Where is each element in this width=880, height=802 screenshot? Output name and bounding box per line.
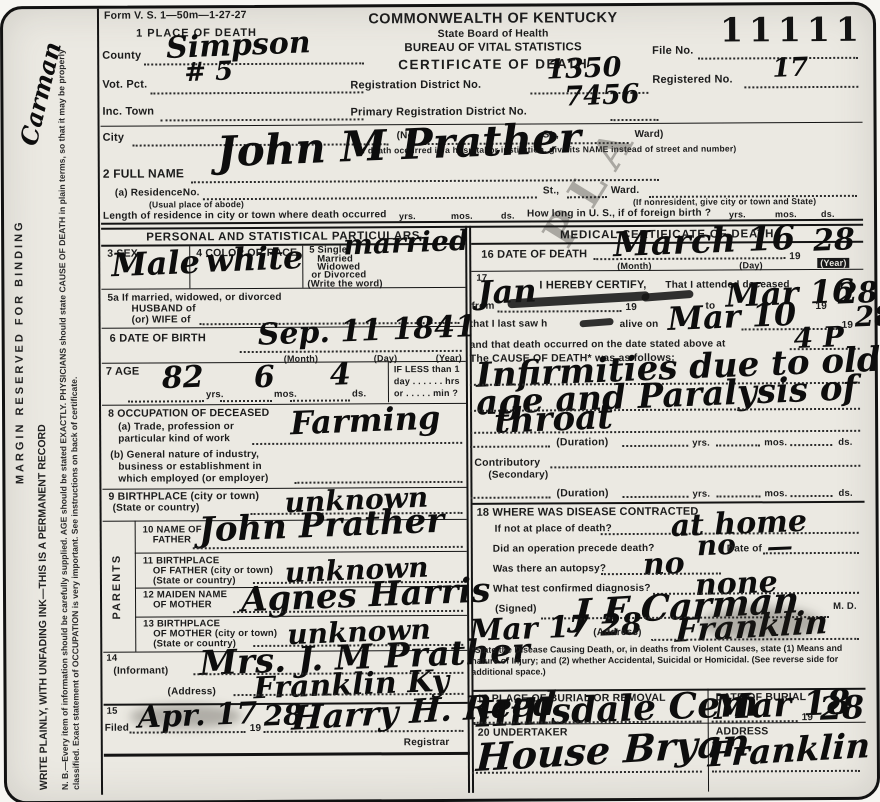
age-less-label-2: day . . . . . . hrs — [394, 376, 460, 386]
board-subtitle: State Board of Health — [328, 28, 658, 41]
husband-label-1: 5a If married, widowed, or divorced — [107, 292, 281, 304]
occupation-label: 8 OCCUPATION OF DECEASED — [108, 408, 269, 421]
filed-19-label: 19 — [250, 723, 262, 734]
father-name-label-2: FATHER — [153, 535, 192, 546]
age-less-label-1: IF LESS than 1 — [394, 364, 460, 374]
from-19-label: 19 — [625, 302, 637, 313]
footnote: *State the Disease Causing Death, or, in… — [471, 643, 863, 678]
duration2-mos-unit: mos. — [764, 489, 787, 500]
date-of-value: — — [766, 534, 793, 561]
file-no-label: File No. — [652, 45, 693, 58]
registered-no-label: Registered No. — [652, 73, 733, 86]
residence-label: (a) Residence. — [115, 187, 186, 199]
occupation-b-label-1: (b) General nature of industry, — [110, 449, 259, 461]
husband-label-3: (or) WIFE of — [132, 314, 191, 325]
age-months-value: 6 — [253, 363, 275, 394]
dotted-line — [790, 444, 832, 446]
commonwealth-title: COMMONWEALTH OF KENTUCKY — [328, 10, 658, 28]
duration-yrs-unit: yrs. — [692, 439, 710, 450]
residence-no-label: No. — [183, 187, 200, 198]
registered-no-value: 17 — [772, 54, 809, 81]
address-label: (Address) — [593, 627, 642, 638]
age-years-value: 82 — [161, 363, 204, 395]
dotted-line — [567, 196, 607, 198]
filed-label: Filed — [105, 723, 129, 734]
occupation-b-label-3: which employed (or employer) — [118, 473, 268, 485]
race-value: white — [205, 241, 304, 277]
dotted-line — [790, 495, 832, 497]
alive-on-label: alive on — [620, 319, 659, 330]
registrar-label: Registrar — [404, 737, 450, 748]
age-days-value: 4 — [329, 360, 351, 391]
residence-st-label: St., — [543, 185, 559, 196]
informant-address-label: (Address) — [167, 686, 216, 697]
mother-name-label-2: OF MOTHER — [153, 600, 212, 611]
husband-label-2: HUSBAND of — [131, 303, 195, 315]
county-label: County — [102, 50, 141, 63]
last-saw-year-value: 28 — [854, 302, 880, 332]
dotted-line — [622, 445, 688, 447]
age-ds-unit: ds. — [352, 389, 366, 400]
residence-note-right: (If nonresident, give city or town and S… — [633, 197, 816, 207]
date-of-death-label: 16 DATE OF DEATH — [481, 248, 587, 261]
residence-ward-label: Ward. — [611, 185, 639, 196]
primary-registration-value: 7456 — [564, 81, 640, 111]
dotted-line — [470, 445, 550, 447]
inc-town-label: Inc. Town — [102, 105, 154, 118]
margin-binding-note: MARGIN RESERVED FOR BINDING — [12, 14, 26, 484]
certificate-number-stamp: 11111 — [720, 10, 865, 50]
date-of-death-year-value: 28 — [813, 225, 856, 257]
secondary-label: (Secondary) — [488, 469, 548, 481]
last-saw-label: that I last saw h — [470, 318, 548, 330]
vot-pct-value: # 5 — [184, 58, 234, 86]
duration-ds-unit: ds. — [838, 438, 852, 449]
registration-district-label: Registration District No. — [350, 79, 481, 92]
filed-date-value: Apr. 17 — [137, 699, 258, 734]
dotted-line — [220, 400, 272, 402]
length-yrs2-label: yrs. — [729, 209, 746, 219]
burial-year-value: 28 — [819, 691, 865, 725]
autopsy-label: Was there an autopsy? — [493, 563, 606, 575]
md-label: M. D. — [833, 602, 857, 613]
duration2-ds-unit: ds. — [838, 489, 852, 500]
dotted-line — [716, 495, 760, 497]
parents-vertical-label: PARENTS — [111, 524, 124, 650]
length-yrs-label: yrs. — [399, 211, 416, 221]
duration-mos-unit: mos. — [764, 438, 787, 449]
dod-year-caption: (Year) — [817, 258, 849, 268]
informant-label: (Informant) — [113, 665, 168, 676]
father-name-value: John Prather — [198, 504, 445, 548]
contributory-label: Contributory — [474, 457, 540, 469]
age-label: 7 AGE — [106, 366, 140, 378]
scanned-death-certificate: MARGIN RESERVED FOR BINDING WRITE PLAINL… — [0, 0, 880, 802]
length-mos-label: mos. — [451, 211, 473, 221]
duration2-label: (Duration) — [556, 488, 608, 500]
to-19-label: 19 — [815, 301, 827, 312]
how-long-us-label: How long in U. S., if of foreign birth ? — [527, 208, 711, 220]
occupation-value: Farming — [290, 401, 441, 439]
age-less-label-3: or . . . . . min ? — [394, 388, 458, 398]
residence-note-left: (Usual place of abode) — [149, 200, 244, 210]
date-of-death-value: March 16 — [613, 221, 796, 262]
occupation-a-label-2: particular kind of work — [118, 433, 230, 445]
sex-value: Male — [111, 246, 201, 282]
operation-label: Did an operation precede death? — [493, 543, 655, 555]
dod-19-label: 19 — [789, 251, 801, 262]
disease-contracted-label: 18 WHERE WAS DISEASE CONTRACTED — [477, 506, 699, 519]
filed-number: 15 — [107, 707, 118, 718]
dob-value: Sep. 11 1841 — [257, 312, 476, 351]
date-of-label: Date of — [727, 543, 762, 554]
occupation-b-label-2: business or establishment in — [118, 461, 261, 473]
length-ds2-label: ds. — [821, 209, 835, 219]
occupation-a-label-1: (a) Trade, profession or — [118, 421, 234, 433]
informant-number: 14 — [106, 654, 117, 665]
city-label: City — [103, 132, 125, 144]
dob-label: 6 DATE OF BIRTH — [110, 332, 206, 345]
form-number: Form V. S. 1—50m—1-27-27 — [104, 10, 247, 22]
dotted-line — [128, 400, 204, 402]
autopsy-value: no — [642, 549, 685, 581]
length-ds-label: ds. — [501, 211, 515, 221]
dotted-line — [623, 496, 689, 498]
cell-divider — [388, 361, 389, 402]
marital-value: married — [343, 227, 469, 260]
birthplace-label-2: (State or country) — [113, 502, 200, 514]
duration-label: (Duration) — [556, 437, 608, 449]
certify-lead-bold: I HEREBY CERTIFY, — [539, 279, 646, 292]
marital-label-5: (Write the word) — [307, 279, 382, 290]
duration2-yrs-unit: yrs. — [692, 490, 710, 501]
margin-nb-note: N. B.—Every item of information should b… — [56, 38, 84, 790]
if-not-label: If not at place of death? — [495, 523, 612, 535]
vot-pct-label: Vot. Pct. — [102, 79, 147, 92]
father-birthplace-label-3: (State or country) — [153, 576, 236, 587]
dotted-line — [716, 444, 760, 446]
length-of-residence-label: Length of residence in city or town wher… — [103, 209, 387, 222]
dotted-line — [471, 496, 551, 498]
full-name-label: 2 FULL NAME — [103, 167, 184, 181]
